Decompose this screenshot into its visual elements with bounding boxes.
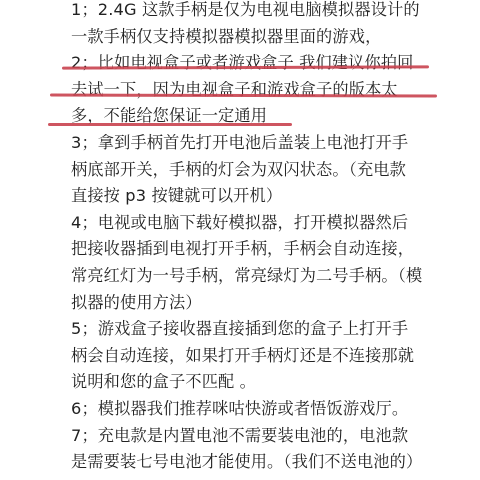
doc-line-13: 5；游戏盒子接收器直接插到您的盒子上打开手 (71, 316, 416, 343)
doc-line-3: 2；比如电视盒子或者游戏盒子 我们建议你拍回 (71, 50, 416, 77)
doc-line-1: 1；2.4G 这款手柄是仅为电视电脑模拟器设计的 (71, 0, 416, 24)
doc-line-10: 把接收器插到电视打开手柄，手柄会自动连接， (71, 236, 416, 263)
doc-line-12: 拟器的使用方法） (71, 290, 416, 317)
doc-line-9: 4；电视或电脑下载好模拟器，打开模拟器然后 (71, 210, 416, 237)
doc-line-17: 7；充电款是内置电池不需要装电池的，电池款 (71, 423, 416, 450)
doc-line-6: 3；拿到手柄首先打开电池后盖装上电池打开手 (71, 130, 416, 157)
doc-line-4: 去试一下，因为电视盒子和游戏盒子的版本太 (71, 77, 416, 104)
doc-line-8: 直接按 p3 按键就可以开机） (71, 183, 416, 210)
doc-line-7: 柄底部开关，手柄的灯会为双闪状态。（充电款 (71, 157, 416, 184)
doc-line-16: 6；模拟器我们推荐咪咕快游或者悟饭游戏厅。 (71, 396, 416, 423)
doc-line-15: 说明和您的盒子不匹配 。 (71, 369, 416, 396)
doc-line-18: 是需要装七号电池才能使用。（我们不送电池的） (71, 449, 416, 476)
red-underline-3 (48, 123, 292, 126)
instruction-document: 1；2.4G 这款手柄是仅为电视电脑模拟器设计的 一款手柄仅支持模拟器模拟器里面… (71, 0, 416, 476)
doc-line-2: 一款手柄仅支持模拟器模拟器里面的游戏， (71, 24, 416, 51)
doc-line-14: 柄会自动连接，如果打开手柄灯还是不连接那就 (71, 343, 416, 370)
doc-line-11: 常亮红灯为一号手柄，常亮绿灯为二号手柄。（模 (71, 263, 416, 290)
